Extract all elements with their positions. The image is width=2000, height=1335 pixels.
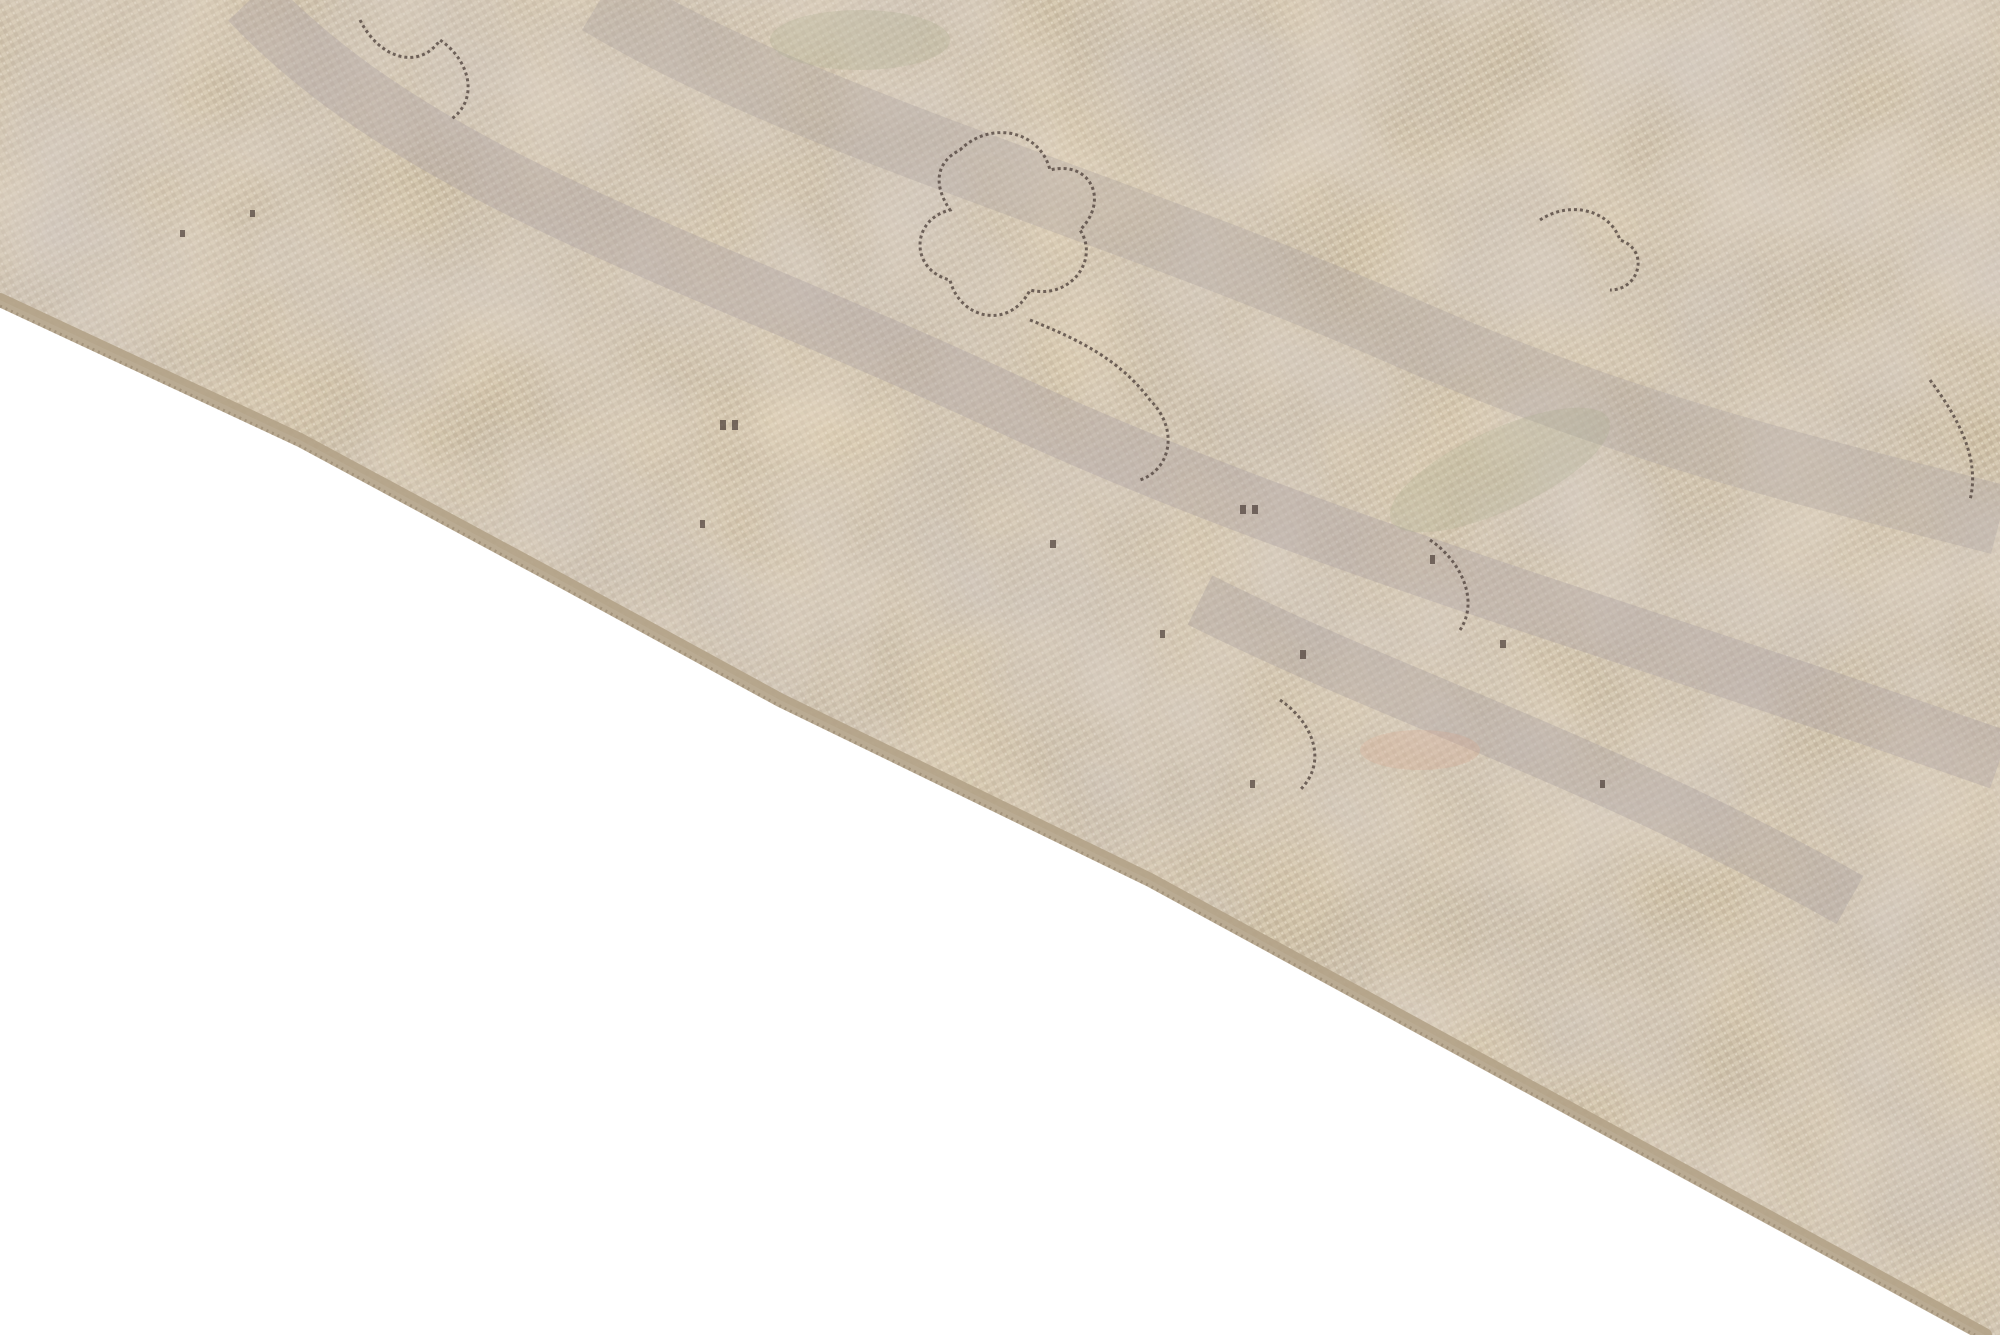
photo-scene — [0, 0, 2000, 1335]
rug-body — [0, 0, 2000, 1335]
rug-photo — [0, 0, 2000, 1335]
